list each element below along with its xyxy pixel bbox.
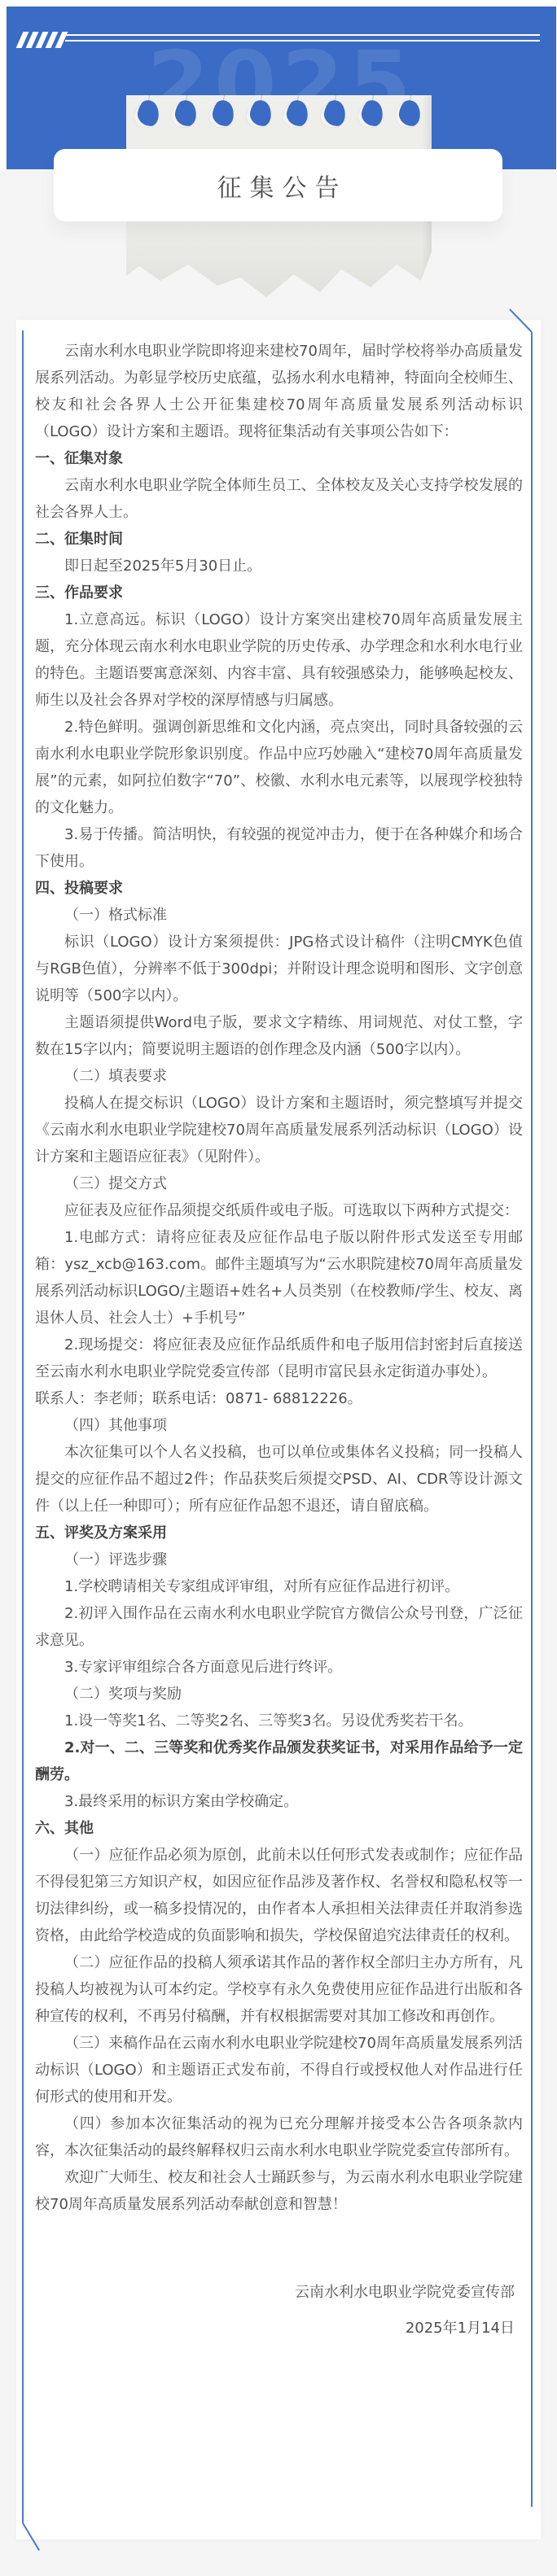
paragraph: 欢迎广大师生、校友和社会人士踊跃参与，为云南水利水电职业学院建校70周年高质量发… [35, 2164, 523, 2218]
paragraph: 1.学校聘请相关专家组成评审组，对所有应征作品进行初评。 [35, 1573, 523, 1600]
announcement-page: 2025 征集公告 云南水利水电职业学院即将迎来建校70周年，届时学校将举办高质… [0, 0, 557, 2576]
paragraph: 标识（LOGO）设计方案须提供：JPG格式设计稿件（注明CMYK色值与RGB色值… [35, 929, 523, 1009]
paragraph: 3.最终采用的标识方案由学校确定。 [35, 1788, 523, 1815]
paragraph: 六、其他 [35, 1815, 523, 1842]
paragraph: （四）其他事项 [35, 1412, 523, 1439]
binder-hole-icon [169, 98, 198, 130]
accent-line-right [531, 332, 533, 2507]
paragraph: 应征表及应征作品须提交纸质件或电子版。可选取以下两种方式提交： [35, 1197, 523, 1224]
binder-hole-icon [318, 98, 347, 130]
paragraph: （三）提交方式 [35, 1170, 523, 1197]
signature: 云南水利水电职业学院党委宣传部 [35, 2275, 515, 2311]
title-card: 征集公告 [54, 149, 502, 221]
page-title: 征集公告 [209, 168, 348, 203]
paragraph: 3.专家评审组综合各方面意见后进行终评。 [35, 1654, 523, 1681]
paragraph: （一）应征作品必须为原创，此前未以任何形式发表或制作；应征作品不得侵犯第三方知识… [35, 1842, 523, 1949]
paragraph: 即日起至2025年5月30日止。 [35, 553, 523, 579]
signature-block: 云南水利水电职业学院党委宣传部 2025年1月14日 [35, 2275, 523, 2469]
paragraph: 本次征集可以个人名义投稿，也可以单位或集体名义投稿；同一投稿人提交的应征作品不超… [35, 1439, 523, 1520]
paragraph: （二）应征作品的投稿人须承诺其作品的著作权全部归主办方所有，凡投稿人均被视为认可… [35, 1949, 523, 2030]
paragraph: 云南水利水电职业学院即将迎来建校70周年，届时学校将举办高质量发展系列活动。为彰… [35, 338, 523, 445]
paragraph: 2.特色鲜明。强调创新思维和文化内涵，亮点突出，同时具备较强的云南水利水电职业学… [35, 714, 523, 821]
binder-hole-icon [244, 98, 273, 130]
paragraph: 3.易于传播。简洁明快，有较强的视觉冲击力，便于在各种媒介和场合下使用。 [35, 821, 523, 875]
paragraph: 三、作品要求 [35, 579, 523, 606]
paragraph: 2.初评入围作品在云南水利水电职业学院官方微信公众号刊登，广泛征求意见。 [35, 1600, 523, 1654]
paragraph: （二）填表要求 [35, 1063, 523, 1090]
paragraph: 一、征集对象 [35, 445, 523, 472]
binder-hole-icon [132, 98, 160, 130]
paragraph: 2.对一、二、三等奖和优秀奖作品颁发获奖证书，对采用作品给予一定酬劳。 [35, 1734, 523, 1788]
binder-hole-icon [282, 98, 310, 130]
paragraph: （一）评选步骤 [35, 1546, 523, 1573]
paragraph: 联系人：李老师；联系电话：0871- 68812226。 [35, 1385, 523, 1412]
date: 2025年1月14日 [35, 2311, 515, 2346]
binder-holes [134, 100, 420, 128]
paragraph: 四、投稿要求 [35, 875, 523, 902]
binder-hole-icon [393, 98, 422, 130]
paragraph: 主题语须提供Word电子版，要求文字精练、用词规范、对仗工整，字数在15字以内；… [35, 1009, 523, 1063]
paragraph: 投稿人在提交标识（LOGO）设计方案和主题语时，须完整填写并提交《云南水利水电职… [35, 1090, 523, 1170]
paragraph: 二、征集时间 [35, 526, 523, 553]
paragraph: （三）来稿作品在云南水利水电职业学院建校70周年高质量发展系列活动标识（LOGO… [35, 2030, 523, 2110]
announcement-body: 云南水利水电职业学院即将迎来建校70周年，届时学校将举办高质量发展系列活动。为彰… [16, 320, 541, 2539]
notice-paragraphs: 云南水利水电职业学院即将迎来建校70周年，届时学校将举办高质量发展系列活动。为彰… [35, 338, 523, 2218]
paragraph: 五、评奖及方案采用 [35, 1520, 523, 1546]
paragraph: 1.立意高远。标识（LOGO）设计方案突出建校70周年高质量发展主题，充分体现云… [35, 606, 523, 714]
paragraph: 2.现场提交：将应征表及应征作品纸质件和电子版用信封密封后直接送至云南水利水电职… [35, 1332, 523, 1385]
paragraph: （一）格式标准 [35, 902, 523, 929]
accent-line-left [22, 330, 24, 2523]
binder-hole-icon [207, 98, 235, 130]
paragraph: 云南水利水电职业学院全体师生员工、全体校友及关心支持学校发展的社会各界人士。 [35, 472, 523, 526]
paragraph: （二）奖项与奖励 [35, 1681, 523, 1708]
paragraph: 1.设一等奖1名、二等奖2名、三等奖3名。另设优秀奖若干名。 [35, 1708, 523, 1734]
binder-hole-icon [356, 98, 384, 130]
paragraph: 1.电邮方式：请将应征表及应征作品电子版以附件形式发送至专用邮箱：ysz_xcb… [35, 1224, 523, 1332]
paragraph: （四）参加本次征集活动的视为已充分理解并接受本公告各项条款内容，本次征集活动的最… [35, 2110, 523, 2164]
